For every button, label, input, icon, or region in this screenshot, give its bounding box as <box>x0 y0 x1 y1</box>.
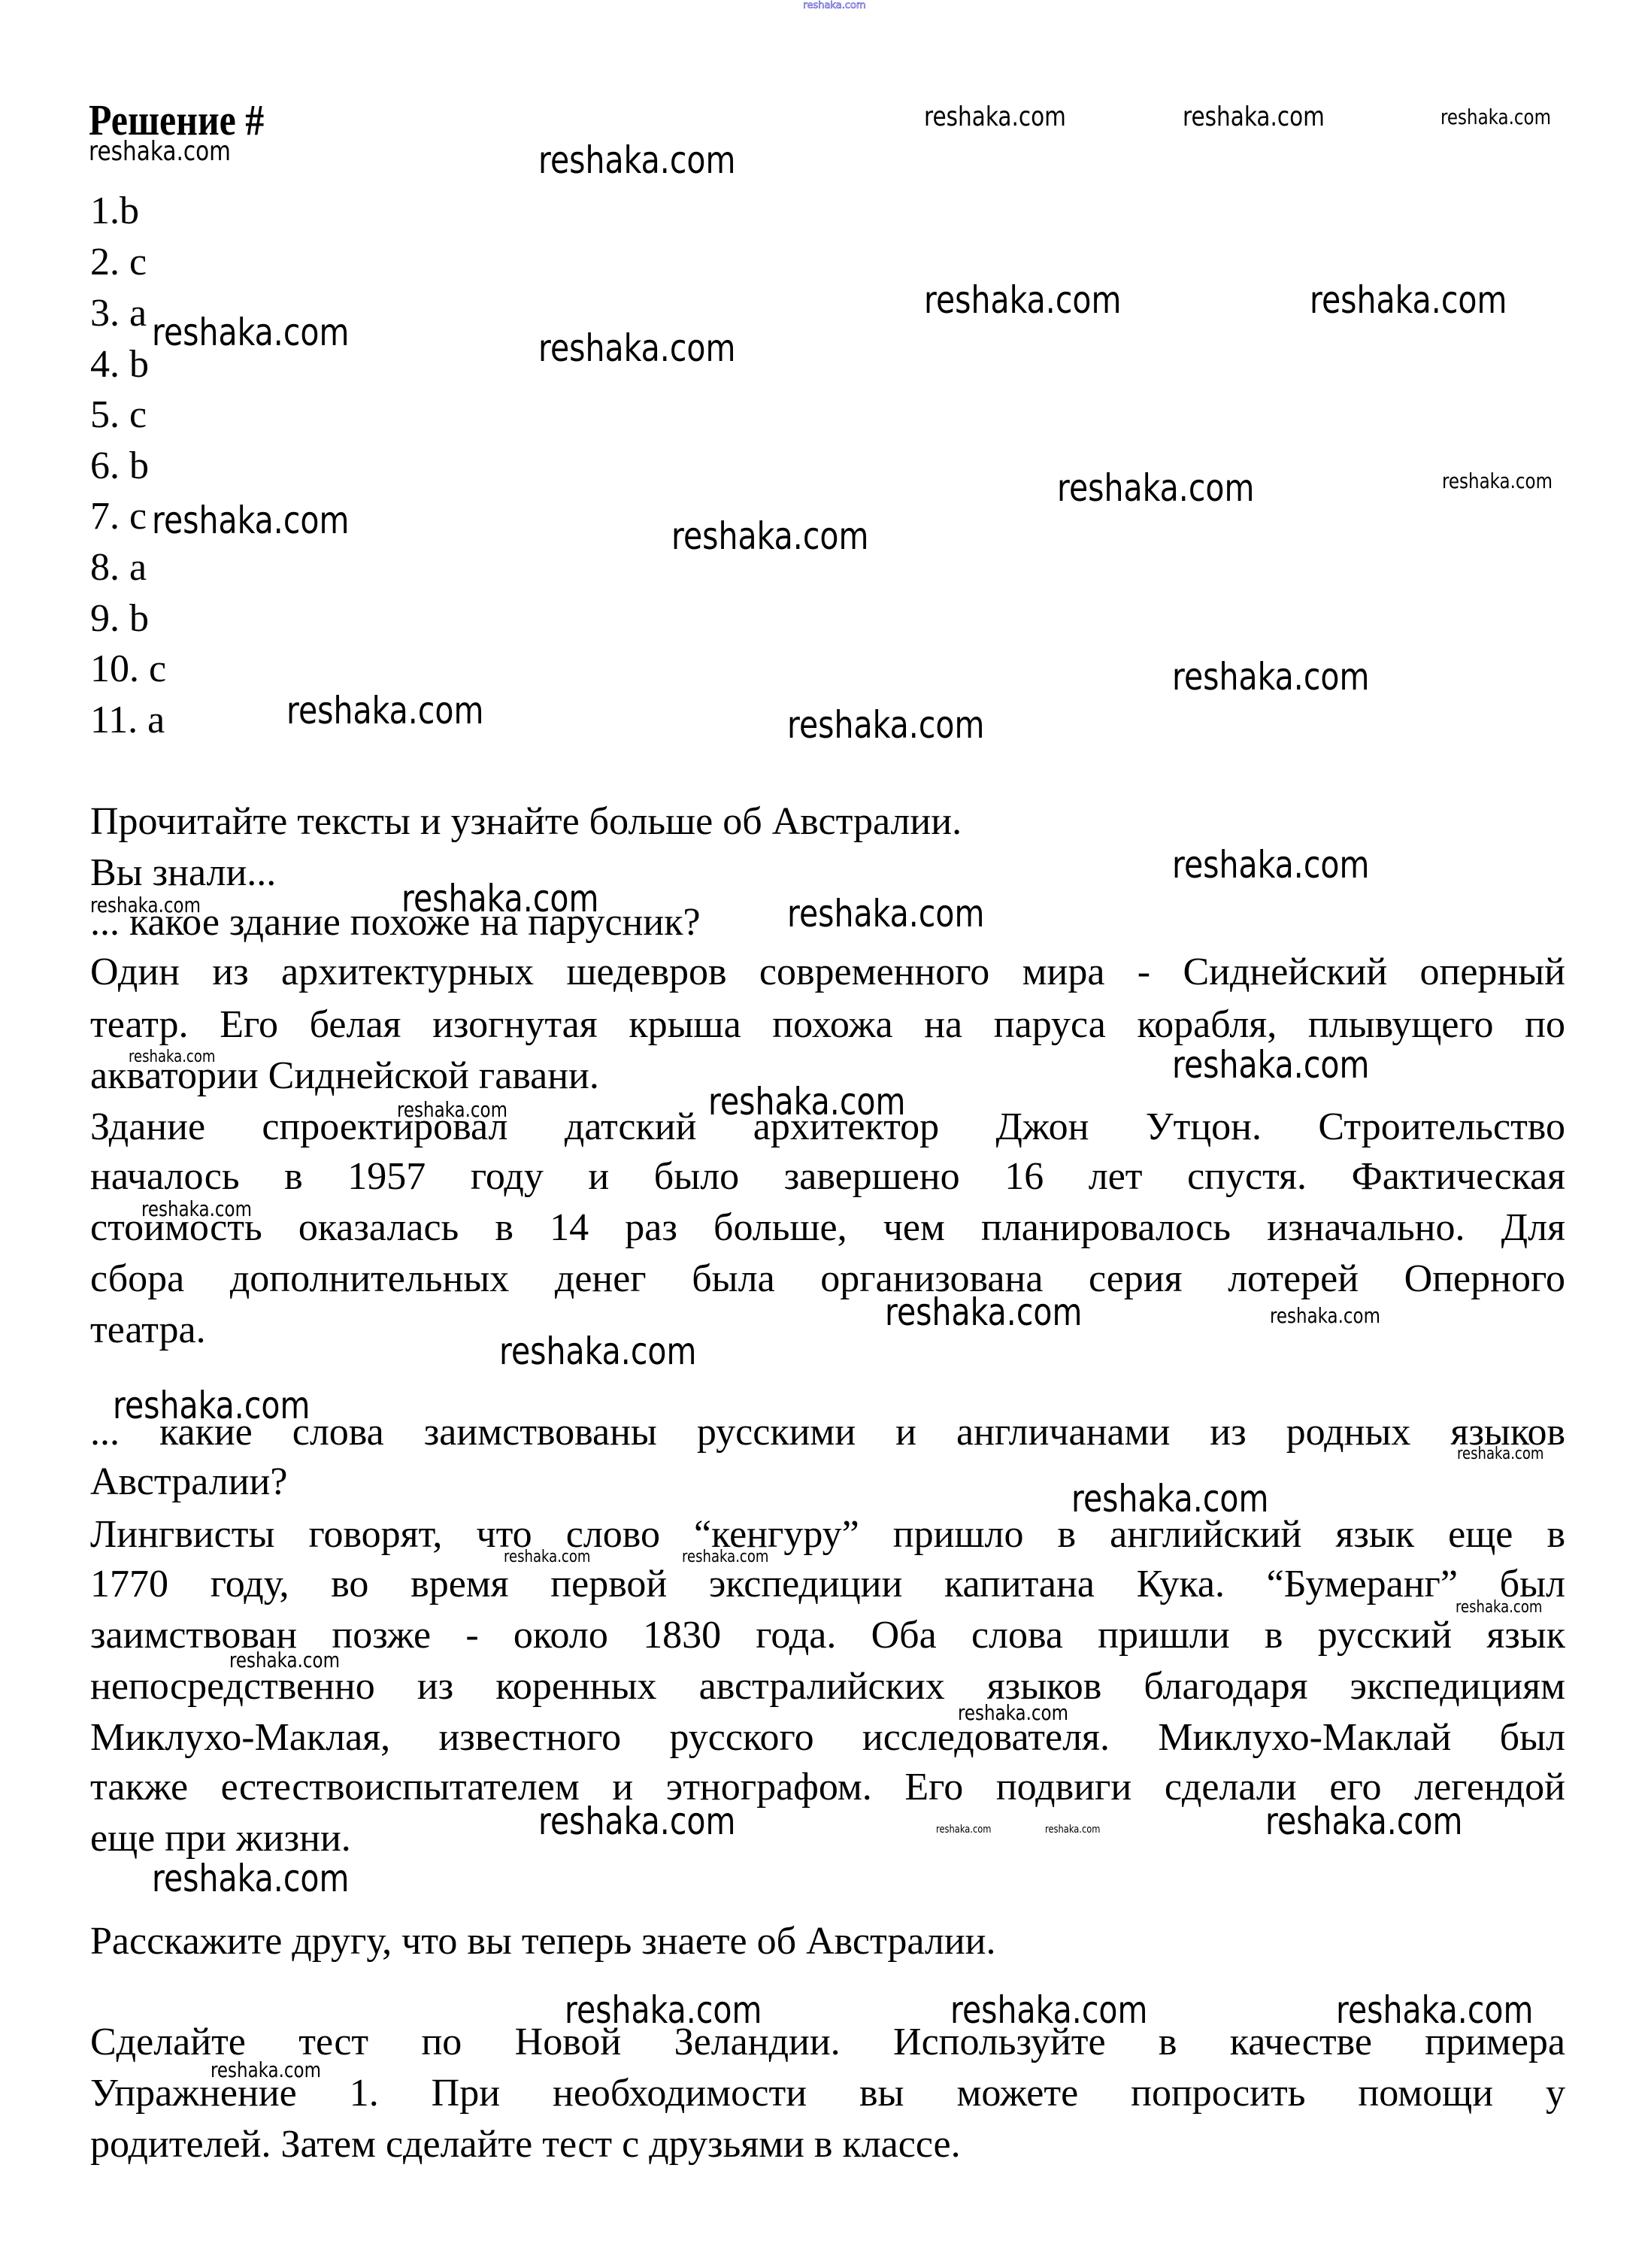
answer-item: 10. c <box>90 646 166 693</box>
watermark: reshaka.com <box>1310 281 1507 319</box>
watermark: reshaka.com <box>958 1703 1068 1724</box>
watermark: reshaka.com <box>141 1199 252 1220</box>
watermark: reshaka.com <box>1457 1446 1543 1463</box>
watermark: reshaka.com <box>1057 469 1254 507</box>
watermark: reshaka.com <box>538 1803 735 1840</box>
task-quiz-line: родителей. Затем сделайте тест с друзьям… <box>90 2121 1565 2168</box>
answer-item: 9. b <box>90 596 149 642</box>
watermark: reshaka.com <box>129 1049 215 1066</box>
watermark: reshaka.com <box>1442 471 1553 492</box>
watermark: reshaka.com <box>152 314 349 351</box>
watermark: reshaka.com <box>211 2060 321 2081</box>
section1-para2-line: началось в 1957 году и было завершено 16… <box>90 1154 1565 1200</box>
section2-question-line: ... какие слова заимствованы русскими и … <box>90 1409 1565 1456</box>
watermark: reshaka.com <box>499 1333 696 1370</box>
answer-item: 4. b <box>90 341 149 388</box>
watermark: reshaka.com <box>924 281 1121 319</box>
watermark: reshaka.com <box>1440 107 1551 128</box>
watermark: reshaka.com <box>950 1991 1147 2029</box>
section2-para-line: 1770 году, во время первой экспедиции ка… <box>90 1561 1565 1608</box>
watermark: reshaka.com <box>538 329 735 367</box>
answer-item: 5. c <box>90 392 147 438</box>
task-tell-friend: Расскажите другу, что вы теперь знаете о… <box>90 1918 1565 1965</box>
watermark: reshaka.com <box>1172 846 1369 884</box>
section1-para1-line: театр. Его белая изогнутая крыша похожа … <box>90 1002 1565 1048</box>
watermark: reshaka.com <box>1183 104 1325 131</box>
watermark: reshaka.com <box>1456 1599 1542 1616</box>
answer-item: 1.b <box>90 188 139 235</box>
answer-item: 7. c <box>90 493 147 540</box>
watermark: reshaka.com <box>89 138 231 165</box>
section2-para-line: Лингвисты говорят, что слово “кенгуру” п… <box>90 1511 1565 1558</box>
watermark: reshaka.com <box>1336 1991 1533 2029</box>
section1-para2-line: сбора дополнительных денег была организо… <box>90 1256 1565 1302</box>
section1-para2-line: стоимость оказалась в 14 раз больше, чем… <box>90 1205 1565 1251</box>
watermark: reshaka.com <box>90 895 201 916</box>
watermark: reshaka.com <box>924 104 1066 131</box>
watermark: reshaka.com <box>113 1387 310 1424</box>
watermark: reshaka.com <box>1270 1305 1380 1327</box>
watermark: reshaka.com <box>787 706 984 744</box>
watermark: reshaka.com <box>538 141 735 179</box>
watermark: reshaka.com <box>565 1991 762 2029</box>
answer-item: 11. a <box>90 697 165 744</box>
watermark: reshaka.com <box>397 1099 507 1120</box>
section1-para1-line: Один из архитектурных шедевров современн… <box>90 949 1565 996</box>
answer-item: 6. b <box>90 443 149 490</box>
watermark: reshaka.com <box>1265 1803 1462 1840</box>
watermark: reshaka.com <box>504 1549 590 1566</box>
section2-question-line: Австралии? <box>90 1459 1565 1505</box>
watermark: reshaka.com <box>682 1549 768 1566</box>
answer-item: 2. c <box>90 239 147 286</box>
answer-item: 3. a <box>90 290 147 337</box>
intro-line: Прочитайте тексты и узнайте больше об Ав… <box>90 799 1565 845</box>
answer-item: 8. a <box>90 544 147 591</box>
site-header-watermark: reshaka.com <box>795 0 874 11</box>
watermark: reshaka.com <box>1071 1480 1268 1518</box>
watermark: reshaka.com <box>1172 658 1369 696</box>
watermark: reshaka.com <box>1172 1046 1369 1084</box>
watermark: reshaka.com <box>671 517 868 555</box>
watermark: reshaka.com <box>152 1860 349 1897</box>
watermark: reshaka.com <box>1045 1824 1100 1835</box>
section2-para-line: Миклухо-Маклая, известного русского иссл… <box>90 1715 1565 1761</box>
watermark: reshaka.com <box>152 502 349 539</box>
watermark: reshaka.com <box>708 1083 905 1120</box>
watermark: reshaka.com <box>286 692 483 729</box>
watermark: reshaka.com <box>401 880 598 917</box>
watermark: reshaka.com <box>885 1293 1082 1331</box>
watermark: reshaka.com <box>936 1824 991 1835</box>
document-page: reshaka.com Решение # 1.b 2. c 3. a 4. b… <box>0 0 1651 2268</box>
watermark: reshaka.com <box>787 895 984 932</box>
watermark: reshaka.com <box>229 1650 340 1671</box>
